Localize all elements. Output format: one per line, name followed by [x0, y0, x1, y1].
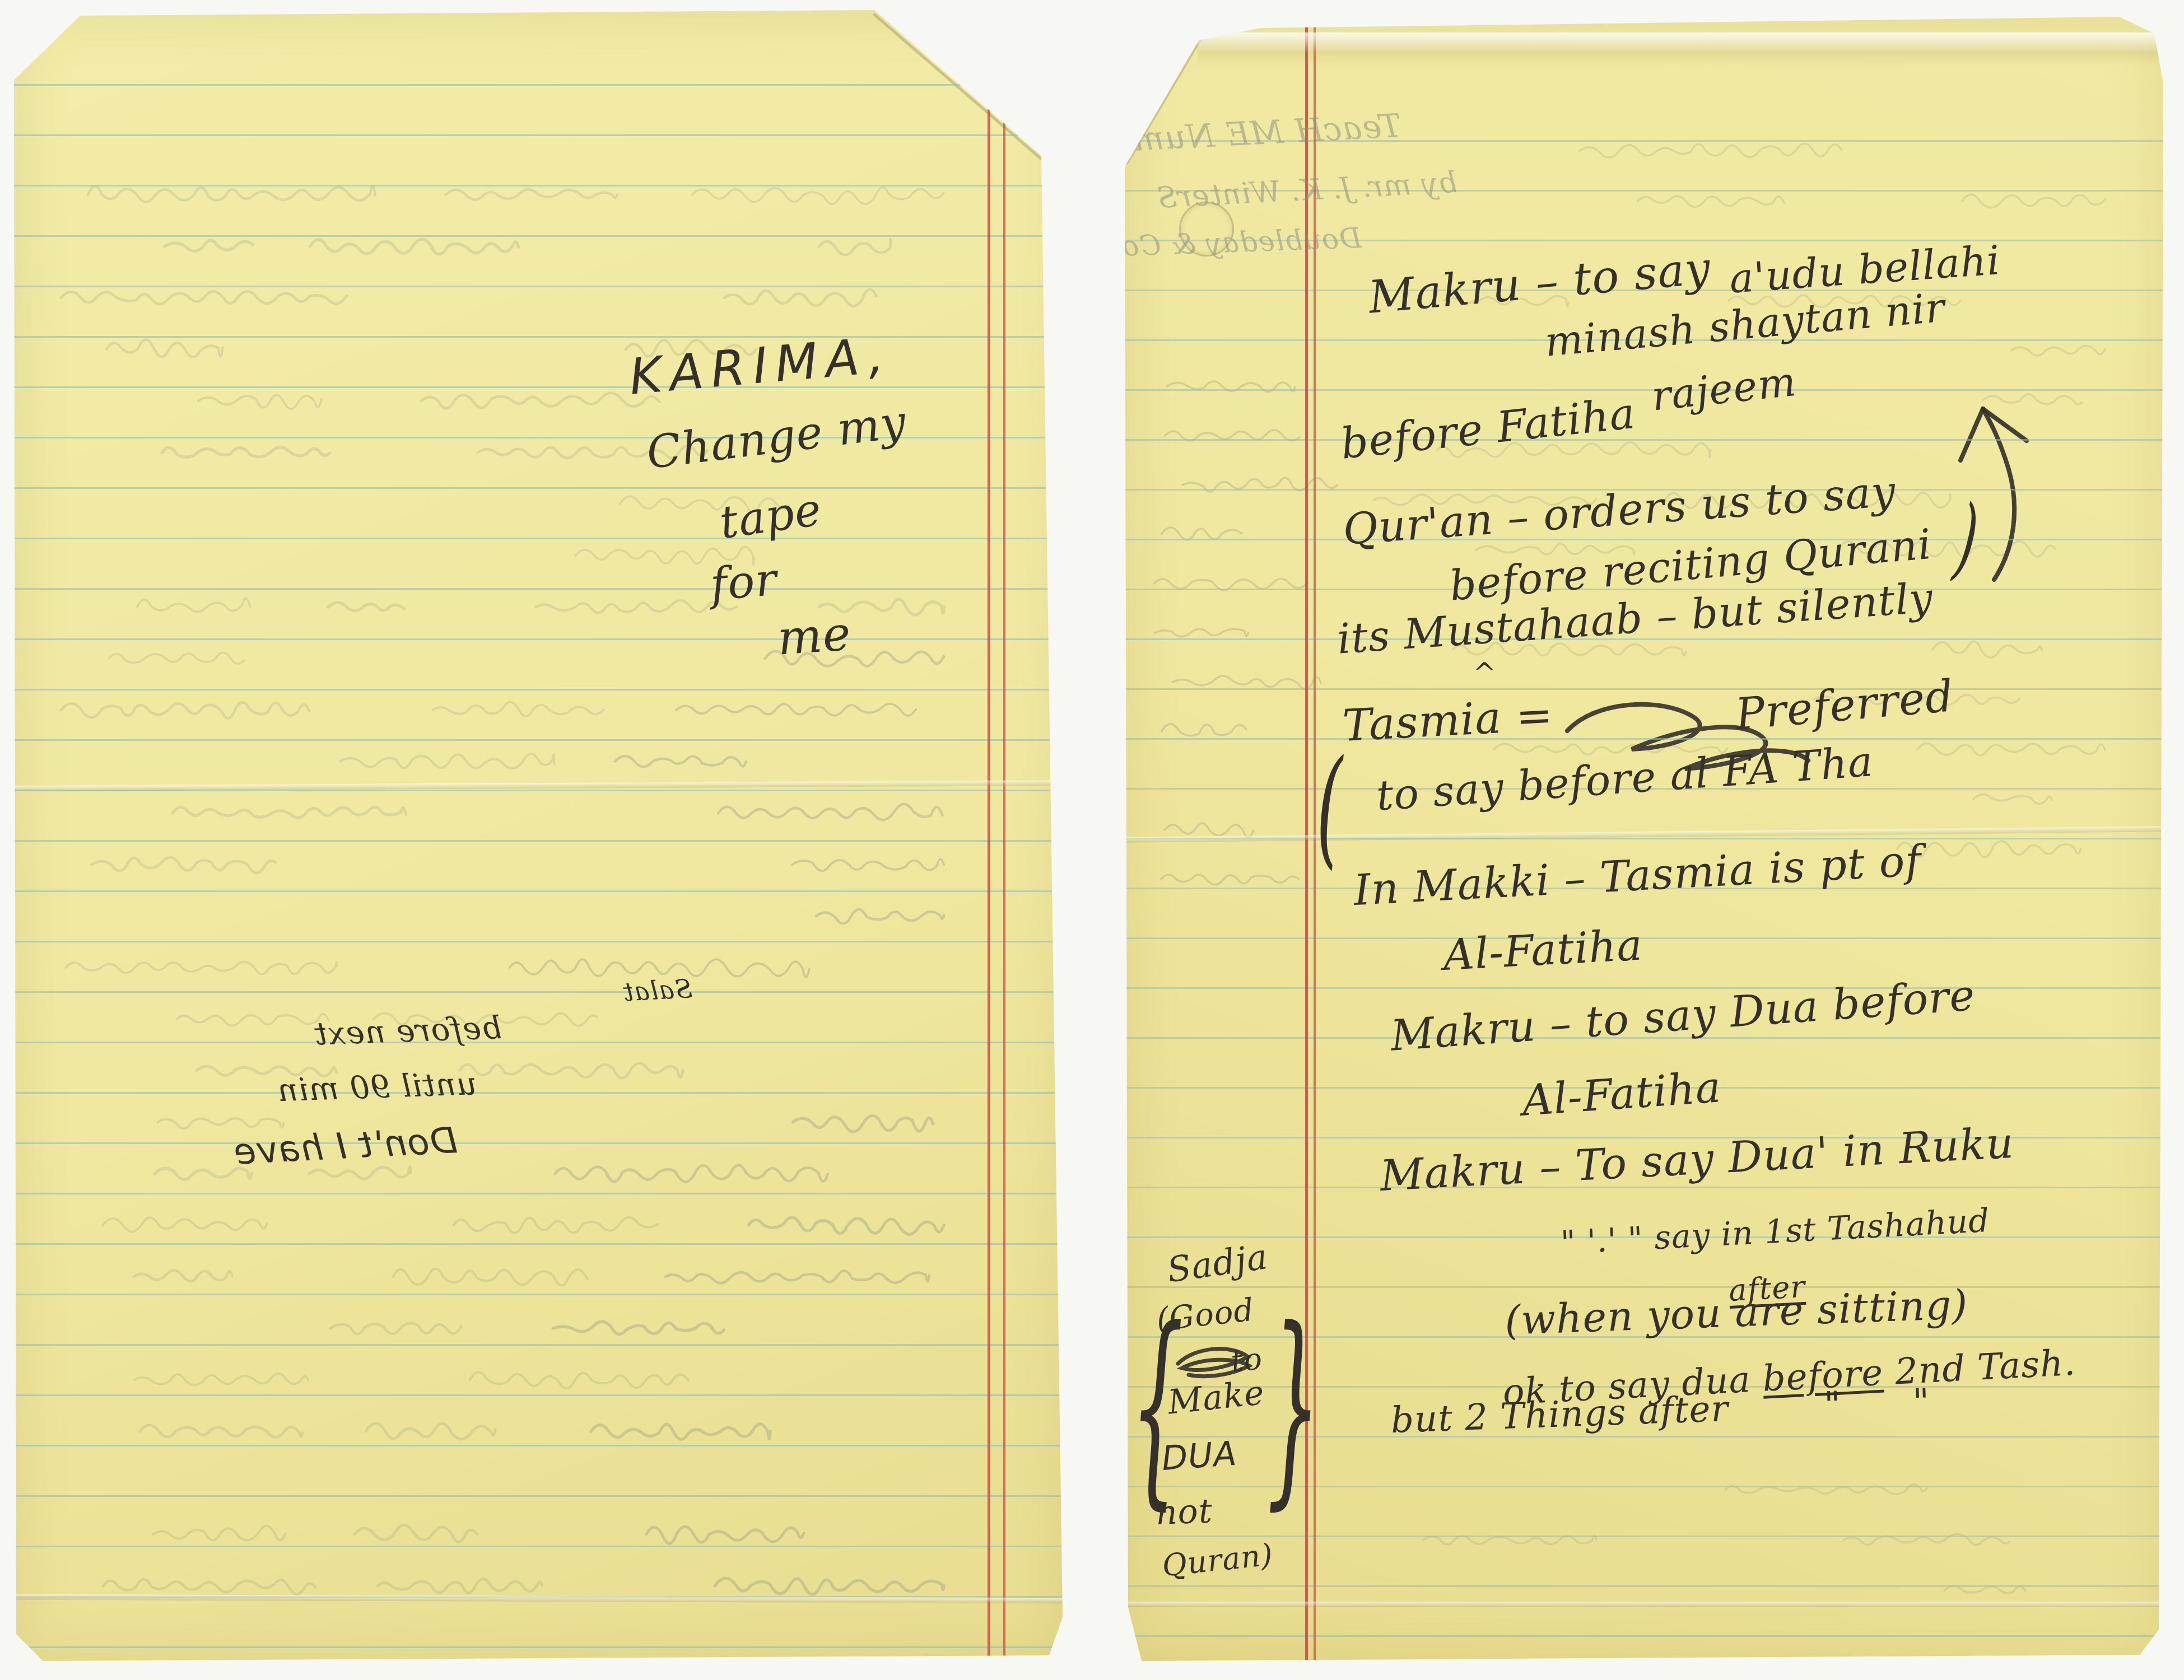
fold-crease: [1198, 32, 2160, 66]
margin-note-line: DUA: [1161, 1437, 1238, 1476]
opening-paren-mark: (: [1316, 745, 1343, 872]
page-right: TeacH ME NumbeRS by mr. J. K. WinterS Do…: [1125, 17, 2166, 1663]
karima-note-line: tape: [717, 487, 825, 546]
rule-lines: [14, 84, 1067, 1649]
mirror-note-line: until 90 min: [277, 1068, 477, 1107]
brace-right-mark: }: [1267, 1302, 1320, 1512]
karima-note-line: for: [709, 557, 779, 608]
red-margin-line: [988, 10, 990, 1663]
karima-note-line: me: [776, 610, 853, 662]
page-left: KARIMA, Change my tape for me Salat befo…: [14, 10, 1067, 1663]
note-line: Tasmia =: [1342, 693, 1554, 748]
fold-crease: [1125, 1602, 2166, 1607]
mirror-note-line: Salat: [622, 976, 693, 1005]
note-line: Al-Fatiha: [1521, 1066, 1722, 1122]
caret-mark: ^: [1473, 660, 1496, 687]
margin-note-line: Make: [1166, 1376, 1266, 1420]
margin-note-line: to: [1230, 1343, 1264, 1377]
red-margin-line: [1003, 10, 1005, 1663]
margin-note-line: not: [1155, 1494, 1213, 1530]
note-line: Al-Fatiha: [1442, 923, 1643, 977]
scanned-notes: KARIMA, Change my tape for me Salat befo…: [0, 0, 2184, 1680]
mirror-note-line: before next: [314, 1012, 502, 1051]
